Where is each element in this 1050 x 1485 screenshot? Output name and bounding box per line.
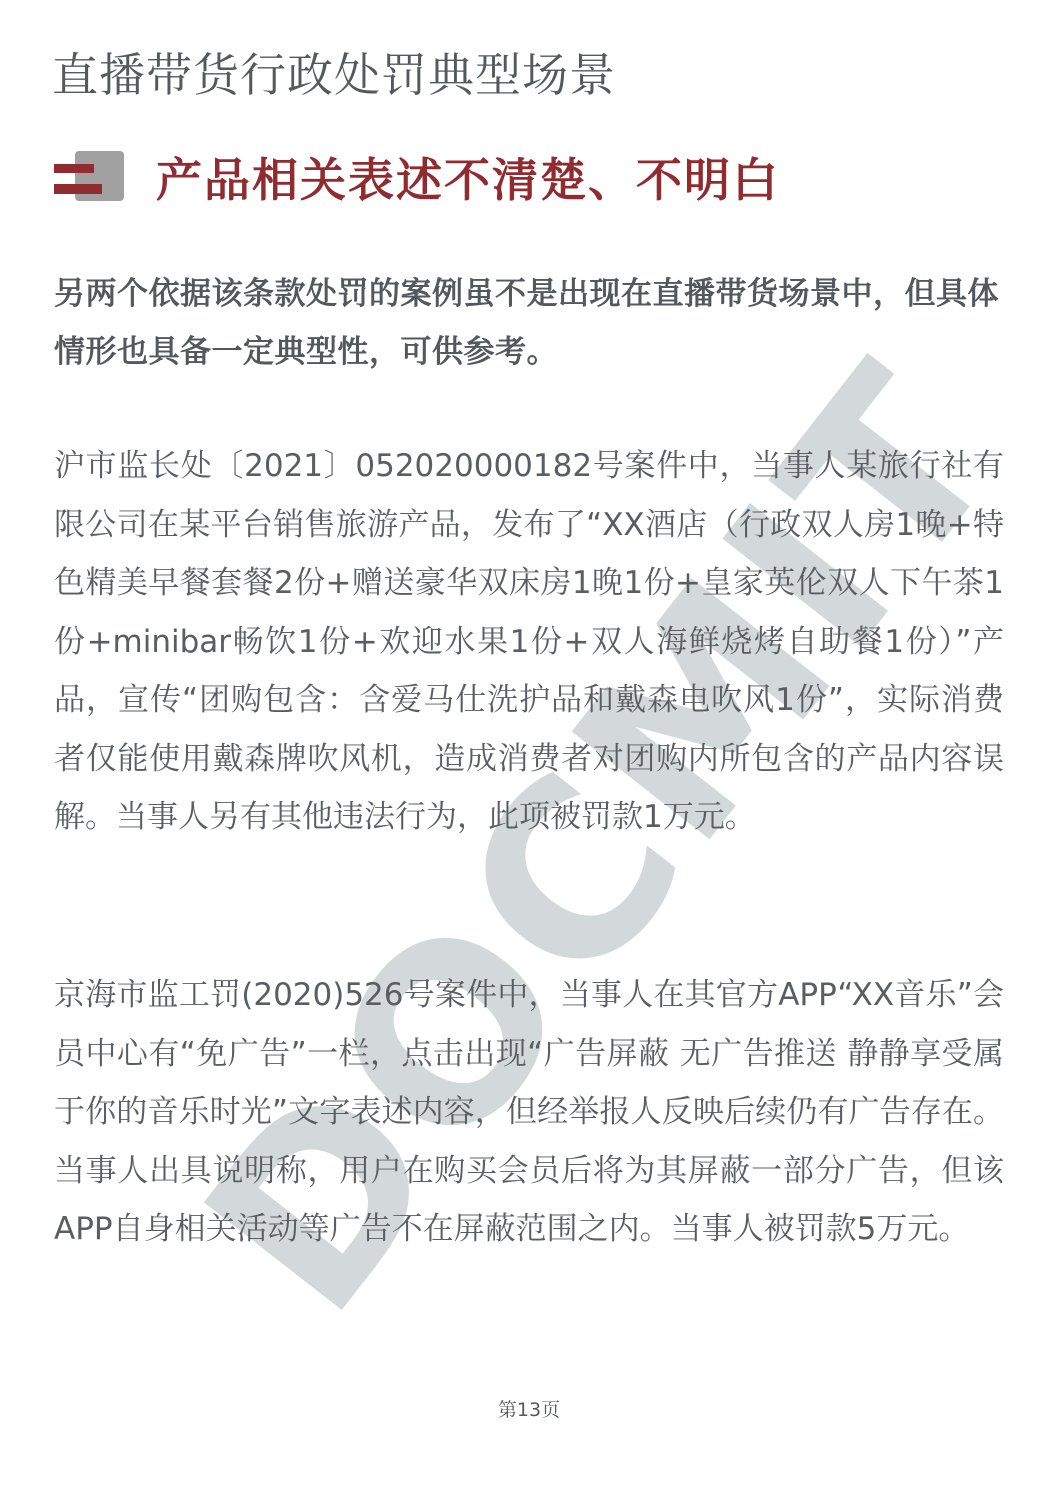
section-header: 产品相关表述不清楚、不明白 [52,142,780,212]
intro-paragraph: 另两个依据该条款处罚的案例虽不是出现在直播带货场景中，但具体情形也具备一定典型性… [54,265,1014,381]
section-title: 产品相关表述不清楚、不明白 [156,144,780,210]
section-number-stroke-top [54,164,94,173]
case-paragraph-1: 沪市监长处〔2021〕052020000182号案件中，当事人某旅行社有限公司在… [54,437,1004,847]
page-number: 第13页 [0,1395,1050,1422]
section-number-stroke-bottom [54,184,102,194]
case-paragraph-2: 京海市监工罚(2020)526号案件中，当事人在其官方APP“XX音乐”会员中心… [54,966,1004,1259]
page-title: 直播带货行政处罚典型场景 [52,40,616,110]
section-number-badge [52,151,124,203]
